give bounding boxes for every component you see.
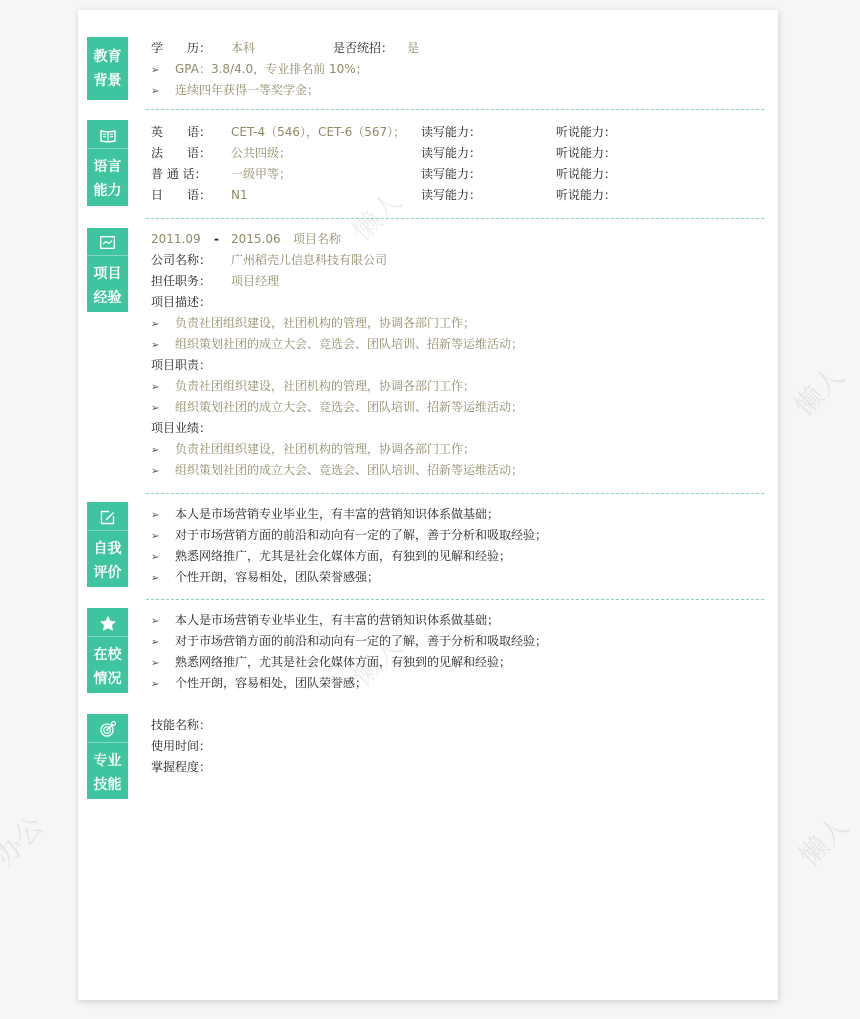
- list-item: ➢负责社团组织建设，社团机构的管理，协调各部门工作；: [151, 439, 523, 460]
- section-divider: [146, 109, 764, 110]
- language-row: 法 语： 公共四级； 读写能力： 听说能力：: [151, 143, 211, 164]
- arrow-bullet-icon: ➢: [151, 461, 175, 482]
- language-row: 普 通 话： 一级甲等； 读写能力： 听说能力：: [151, 164, 211, 185]
- arrow-bullet-icon: ➢: [151, 547, 175, 568]
- project-content: 2011.09 - 2015.06 项目名称 公司名称： 广州稻壳儿信息科技有限…: [151, 229, 523, 481]
- chart-line-icon: [87, 230, 128, 256]
- arrow-bullet-icon: ➢: [151, 526, 175, 547]
- section-divider: [146, 599, 764, 600]
- tag-text: 情况: [94, 667, 122, 691]
- desc-heading: 项目描述：: [151, 292, 523, 313]
- tag-text: 能力: [94, 179, 122, 203]
- list-item: ➢本人是市场营销专业毕业生，有丰富的营销知识体系做基础；: [151, 610, 547, 631]
- list-item: ➢对于市场营销方面的前沿和动向有一定的了解，善于分析和吸取经验；: [151, 631, 547, 652]
- degree-row: 学 历： 本科 是否统招： 是: [151, 38, 368, 59]
- list-item: ➢组织策划社团的成立大会、竞选会、团队培训、招新等运维活动；: [151, 460, 523, 481]
- book-icon: [87, 123, 128, 149]
- list-item: ➢对于市场营销方面的前沿和动向有一定的了解，善于分析和吸取经验；: [151, 525, 547, 546]
- section-tag-education: 教育 背景: [87, 37, 128, 100]
- edit-icon: [87, 505, 128, 531]
- list-item: ➢组织策划社团的成立大会、竞选会、团队培训、招新等运维活动；: [151, 334, 523, 355]
- start-date: 2011.09: [151, 232, 201, 246]
- company-row: 公司名称： 广州稻壳儿信息科技有限公司: [151, 250, 523, 271]
- arrow-bullet-icon: ➢: [151, 60, 175, 81]
- resume-page: 懒人 懒人 教育 背景 学 历： 本科 是否统招： 是 ➢GPA：3.8/4.0…: [78, 10, 778, 1000]
- arrow-bullet-icon: ➢: [151, 611, 175, 632]
- list-item: ➢组织策划社团的成立大会、竞选会、团队培训、招新等运维活动；: [151, 397, 523, 418]
- tag-text: 专业: [94, 749, 122, 773]
- tag-text: 自我: [94, 537, 122, 561]
- tag-text: 教育: [94, 45, 122, 69]
- degree-value: 本科: [231, 38, 255, 59]
- tag-text: 语言: [94, 155, 122, 179]
- list-item: ➢个性开朗，容易相处，团队荣誉感；: [151, 673, 547, 694]
- section-divider: [146, 493, 764, 494]
- project-name: 项目名称: [293, 229, 341, 250]
- end-date: 2015.06: [231, 229, 281, 250]
- list-item: ➢负责社团组织建设，社团机构的管理，协调各部门工作；: [151, 313, 523, 334]
- list-item: ➢负责社团组织建设，社团机构的管理，协调各部门工作；: [151, 376, 523, 397]
- result-heading: 项目业绩：: [151, 418, 523, 439]
- self-evaluation-content: ➢本人是市场营销专业毕业生，有丰富的营销知识体系做基础； ➢对于市场营销方面的前…: [151, 504, 547, 588]
- education-content: 学 历： 本科 是否统招： 是 ➢GPA：3.8/4.0，专业排名前 10%； …: [151, 38, 368, 101]
- skills-content: 技能名称： 使用时间： 掌握程度：: [151, 715, 211, 778]
- campus-content: ➢本人是市场营销专业毕业生，有丰富的营销知识体系做基础； ➢对于市场营销方面的前…: [151, 610, 547, 694]
- list-item: ➢GPA：3.8/4.0，专业排名前 10%；: [151, 59, 368, 80]
- tag-text: 评价: [94, 561, 122, 585]
- arrow-bullet-icon: ➢: [151, 632, 175, 653]
- section-tag-language: 语言 能力: [87, 120, 128, 206]
- star-icon: [87, 611, 128, 637]
- arrow-bullet-icon: ➢: [151, 568, 175, 589]
- tag-text: 背景: [94, 69, 122, 93]
- project-period-row: 2011.09 - 2015.06 项目名称: [151, 229, 523, 250]
- list-item: ➢连续四年获得一等奖学金；: [151, 80, 368, 101]
- skill-level-row: 掌握程度：: [151, 757, 211, 778]
- role-row: 担任职务： 项目经理: [151, 271, 523, 292]
- arrow-bullet-icon: ➢: [151, 377, 175, 398]
- arrow-bullet-icon: ➢: [151, 440, 175, 461]
- language-content: 英 语： CET-4（546），CET-6（567）； 读写能力： 听说能力： …: [151, 122, 211, 206]
- section-divider: [146, 218, 764, 219]
- watermark: 懒人: [789, 806, 857, 874]
- skill-duration-row: 使用时间：: [151, 736, 211, 757]
- list-item: ➢个性开朗，容易相处，团队荣誉感强；: [151, 567, 547, 588]
- language-row: 英 语： CET-4（546），CET-6（567）； 读写能力： 听说能力：: [151, 122, 211, 143]
- target-icon: [87, 717, 128, 743]
- duty-heading: 项目职责：: [151, 355, 523, 376]
- skill-name-row: 技能名称：: [151, 715, 211, 736]
- tag-text: 在校: [94, 643, 122, 667]
- arrow-bullet-icon: ➢: [151, 335, 175, 356]
- arrow-bullet-icon: ➢: [151, 674, 175, 695]
- arrow-bullet-icon: ➢: [151, 81, 175, 102]
- unified-value: 是: [407, 38, 419, 59]
- section-tag-self-evaluation: 自我 评价: [87, 502, 128, 587]
- section-tag-project: 项目 经验: [87, 228, 128, 312]
- arrow-bullet-icon: ➢: [151, 398, 175, 419]
- list-item: ➢本人是市场营销专业毕业生，有丰富的营销知识体系做基础；: [151, 504, 547, 525]
- section-tag-skills: 专业 技能: [87, 714, 128, 799]
- tag-text: 技能: [94, 773, 122, 797]
- arrow-bullet-icon: ➢: [151, 314, 175, 335]
- language-row: 日 语： N1 读写能力： 听说能力：: [151, 185, 211, 206]
- date-dash: -: [214, 229, 219, 250]
- watermark: 办公: [0, 806, 52, 874]
- arrow-bullet-icon: ➢: [151, 653, 175, 674]
- list-item: ➢熟悉网络推广，尤其是社会化媒体方面，有独到的见解和经验；: [151, 652, 547, 673]
- unified-label: 是否统招：: [333, 38, 393, 59]
- section-tag-campus: 在校 情况: [87, 608, 128, 693]
- arrow-bullet-icon: ➢: [151, 505, 175, 526]
- tag-text: 经验: [94, 286, 122, 310]
- degree-label: 学 历：: [151, 41, 211, 55]
- watermark: 懒人: [784, 356, 852, 424]
- list-item: ➢熟悉网络推广，尤其是社会化媒体方面，有独到的见解和经验；: [151, 546, 547, 567]
- tag-text: 项目: [94, 262, 122, 286]
